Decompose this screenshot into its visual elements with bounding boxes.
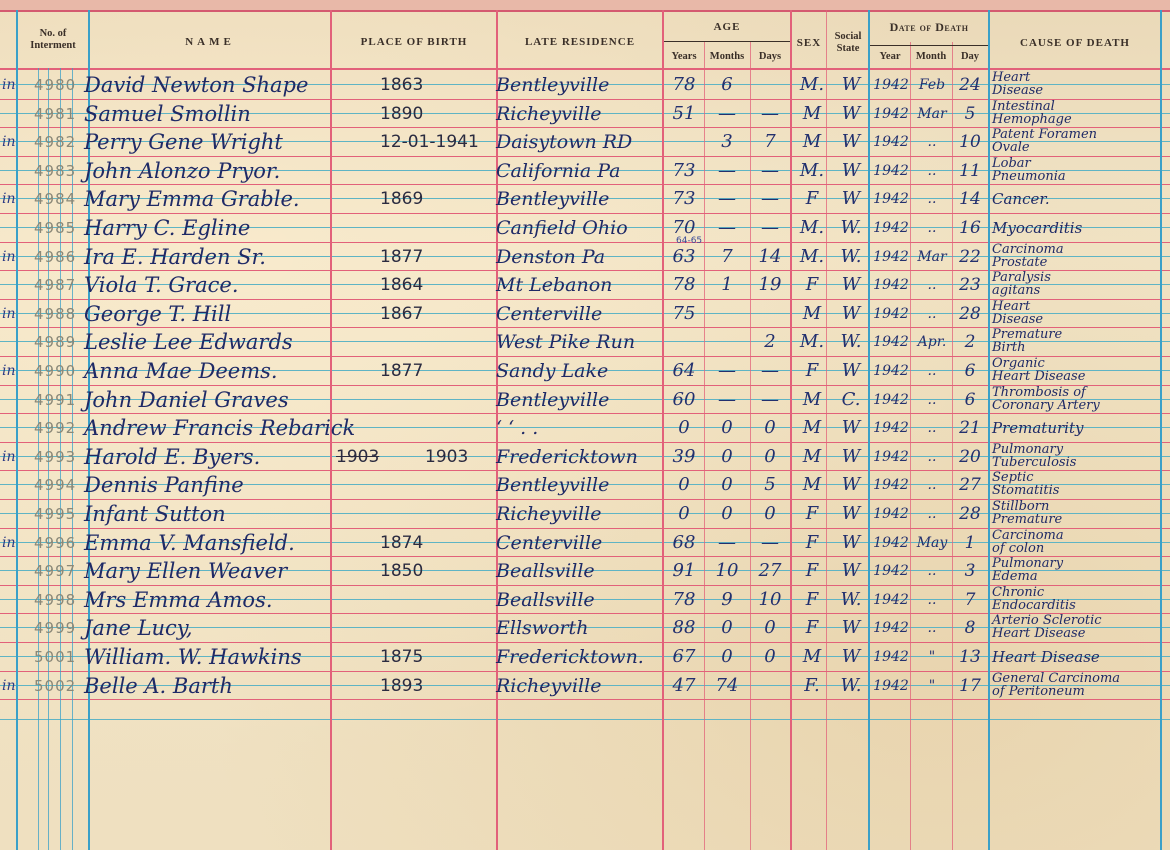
death-month: .. (912, 213, 952, 242)
age-months: 9 (704, 585, 750, 614)
age-annotation: 64-65 (676, 236, 702, 246)
death-month: .. (912, 270, 952, 299)
late-residence: Richeyville (496, 499, 664, 528)
interment-mark: in (2, 127, 32, 156)
row-guide-rule (0, 719, 1170, 720)
age-years: 78 (664, 585, 704, 614)
death-divider (870, 45, 988, 46)
place-of-birth (380, 499, 490, 528)
place-of-birth: 1890 (380, 99, 490, 128)
interment-mark (2, 156, 32, 185)
cause-of-death: Prematurity (992, 414, 1168, 442)
social-state: W. (832, 242, 870, 271)
social-state: C. (832, 385, 870, 414)
age-months (704, 299, 750, 328)
interment-mark (2, 213, 32, 242)
death-day: 10 (952, 127, 988, 156)
deceased-name: Emma V. Mansfield. (84, 528, 384, 557)
deceased-name: Leslie Lee Edwards (84, 327, 384, 356)
cause-of-death: Myocarditis (992, 214, 1168, 242)
cause-of-death: PulmonaryTuberculosis (992, 443, 1168, 471)
death-month: .. (912, 556, 952, 585)
death-year: 1942 (870, 385, 912, 414)
death-month: .. (912, 442, 952, 471)
ledger-row: 4987Viola T. Grace.1864Mt Lebanon78119FW… (0, 270, 1170, 299)
age-years: 67 (664, 642, 704, 671)
age-months: — (704, 213, 750, 242)
death-year: 1942 (870, 70, 912, 99)
age-months: — (704, 528, 750, 557)
death-year: 1942 (870, 556, 912, 585)
page-top-edge (0, 0, 1170, 10)
ledger-row: 4995Infant SuttonRicheyville000FW1942..2… (0, 499, 1170, 528)
death-year: 1942 (870, 470, 912, 499)
death-day: 22 (952, 242, 988, 271)
death-day: 13 (952, 642, 988, 671)
death-month: .. (912, 413, 952, 442)
sex: F (792, 270, 832, 299)
cause-line: Intestinal (992, 100, 1168, 113)
cause-of-death: IntestinalHemophage (992, 100, 1168, 128)
header-place-of-birth: PLACE OF BIRTH (332, 36, 496, 48)
age-months: — (704, 385, 750, 414)
header-cause-of-death: CAUSE OF DEATH (990, 37, 1160, 49)
age-years: 51 (664, 99, 704, 128)
social-state: W (832, 613, 870, 642)
age-months: 0 (704, 642, 750, 671)
cause-line: Disease (992, 84, 1168, 97)
age-days: — (750, 356, 790, 385)
cause-of-death: PrematureBirth (992, 328, 1168, 356)
age-days (750, 70, 790, 99)
death-month: .. (912, 385, 952, 414)
header-age-years: Years (664, 51, 704, 63)
age-months: 74 (704, 671, 750, 700)
interment-mark (2, 385, 32, 414)
interment-number: 4983 (34, 156, 82, 185)
cause-line: Chronic (992, 586, 1168, 599)
interment-mark (2, 270, 32, 299)
cause-line: of colon (992, 542, 1168, 555)
age-months: — (704, 356, 750, 385)
death-year: 1942 (870, 413, 912, 442)
interment-mark (2, 99, 32, 128)
header-death-day: Day (952, 51, 988, 63)
death-day: 16 (952, 213, 988, 242)
sex: M. (792, 242, 832, 271)
cause-line: Endocarditis (992, 599, 1168, 612)
place-of-birth (380, 585, 490, 614)
ledger-row: in4980David Newton Shape1863Bentleyville… (0, 70, 1170, 99)
interment-number: 4988 (34, 299, 82, 328)
sex: M. (792, 156, 832, 185)
death-month: " (912, 671, 952, 700)
late-residence: Canfield Ohio (496, 213, 664, 242)
interment-number: 4984 (34, 184, 82, 213)
late-residence: ‘ ‘ . . (496, 413, 664, 442)
late-residence: Bentleyville (496, 385, 664, 414)
sex: M (792, 470, 832, 499)
interment-mark (2, 327, 32, 356)
sex: F (792, 585, 832, 614)
death-day: 23 (952, 270, 988, 299)
cause-line: Ovale (992, 141, 1168, 154)
age-days: — (750, 385, 790, 414)
place-of-birth: 1874 (380, 528, 490, 557)
place-of-birth: 1893 (380, 671, 490, 700)
cause-line: Tuberculosis (992, 456, 1168, 469)
death-day: 20 (952, 442, 988, 471)
late-residence: Richeyville (496, 671, 664, 700)
place-of-birth (380, 327, 490, 356)
place-of-birth: 1867 (380, 299, 490, 328)
age-years: 0 (664, 499, 704, 528)
cause-line: of Peritoneum (992, 685, 1168, 698)
deceased-name: Samuel Smollin (84, 99, 384, 128)
deceased-name: Viola T. Grace. (84, 270, 384, 299)
cause-of-death: OrganicHeart Disease (992, 357, 1168, 385)
cause-of-death: PulmonaryEdema (992, 557, 1168, 585)
late-residence: Ellsworth (496, 613, 664, 642)
header-top-rule (0, 10, 1170, 12)
interment-number: 4991 (34, 385, 82, 414)
interment-mark (2, 556, 32, 585)
death-month: .. (912, 613, 952, 642)
deceased-name: Anna Mae Deems. (84, 356, 384, 385)
interment-number: 4993 (34, 442, 82, 471)
interment-number: 4994 (34, 470, 82, 499)
age-months: — (704, 184, 750, 213)
header-late-residence: LATE RESIDENCE (498, 36, 662, 48)
death-day: 8 (952, 613, 988, 642)
deceased-name: John Daniel Graves (84, 385, 384, 414)
cause-line: Heart (992, 300, 1168, 313)
place-of-birth: 1850 (380, 556, 490, 585)
death-year: 1942 (870, 528, 912, 557)
header-death-year: Year (870, 51, 910, 63)
late-residence: Bentleyville (496, 470, 664, 499)
death-day: 27 (952, 470, 988, 499)
social-state: W (832, 356, 870, 385)
interment-number: 4989 (34, 327, 82, 356)
age-months: 6 (704, 70, 750, 99)
age-days: — (750, 213, 790, 242)
death-year: 1942 (870, 613, 912, 642)
cause-line: Prostate (992, 256, 1168, 269)
death-day: 7 (952, 585, 988, 614)
late-residence: Centerville (496, 528, 664, 557)
interment-mark (2, 499, 32, 528)
cause-of-death: ChronicEndocarditis (992, 586, 1168, 614)
social-state: W (832, 270, 870, 299)
interment-number: 4985 (34, 213, 82, 242)
age-years: 75 (664, 299, 704, 328)
death-year: 1942 (870, 270, 912, 299)
death-month: .. (912, 585, 952, 614)
interment-number: 4987 (34, 270, 82, 299)
place-of-birth (380, 385, 490, 414)
late-residence: Centerville (496, 299, 664, 328)
deceased-name: Mary Ellen Weaver (84, 556, 384, 585)
age-days (750, 671, 790, 700)
deceased-name: Andrew Francis Rebarick (84, 413, 384, 442)
sex: F (792, 499, 832, 528)
interment-mark (2, 642, 32, 671)
death-day: 21 (952, 413, 988, 442)
interment-number: 4997 (34, 556, 82, 585)
social-state: W. (832, 585, 870, 614)
death-month: .. (912, 299, 952, 328)
age-years: 73 (664, 184, 704, 213)
age-days: — (750, 528, 790, 557)
interment-mark (2, 585, 32, 614)
social-state: W (832, 556, 870, 585)
interment-number: 5001 (34, 642, 82, 671)
late-residence: Fredericktown. (496, 642, 664, 671)
age-months: 0 (704, 613, 750, 642)
death-year: 1942 (870, 99, 912, 128)
age-years: 47 (664, 671, 704, 700)
place-of-birth: 12-01-1941 (380, 127, 490, 156)
cause-line: Premature (992, 513, 1168, 526)
sex: M (792, 413, 832, 442)
death-day: 6 (952, 356, 988, 385)
cause-line: Thrombosis of (992, 386, 1168, 399)
age-days: 7 (750, 127, 790, 156)
social-state: W (832, 442, 870, 471)
place-of-birth: 1877 (380, 242, 490, 271)
cause-line: Disease (992, 313, 1168, 326)
age-years: 68 (664, 528, 704, 557)
age-years: 64 (664, 356, 704, 385)
cause-line: Pneumonia (992, 170, 1168, 183)
age-months: — (704, 99, 750, 128)
age-months: 0 (704, 499, 750, 528)
age-months: 10 (704, 556, 750, 585)
ledger-row: in4990Anna Mae Deems.1877Sandy Lake64——F… (0, 356, 1170, 385)
cause-line: Hemophage (992, 113, 1168, 126)
cause-line: Prematurity (992, 414, 1168, 442)
late-residence: Richeyville (496, 99, 664, 128)
sex: F (792, 528, 832, 557)
ledger-row: in4988George T. Hill1867Centerville75MW1… (0, 299, 1170, 328)
interment-mark (2, 470, 32, 499)
death-year: 1942 (870, 213, 912, 242)
death-year: 1942 (870, 642, 912, 671)
sex: M (792, 127, 832, 156)
age-days (750, 299, 790, 328)
age-years (664, 327, 704, 356)
interment-mark: in (2, 70, 32, 99)
late-residence: West Pike Run (496, 327, 664, 356)
place-of-birth: 1877 (380, 356, 490, 385)
late-residence: Beallsville (496, 585, 664, 614)
interment-number: 4998 (34, 585, 82, 614)
age-years: 0 (664, 413, 704, 442)
social-state: W (832, 299, 870, 328)
death-day: 24 (952, 70, 988, 99)
death-month: .. (912, 184, 952, 213)
cause-of-death: HeartDisease (992, 300, 1168, 328)
deceased-name: George T. Hill (84, 299, 384, 328)
social-state: W. (832, 671, 870, 700)
death-day: 28 (952, 499, 988, 528)
interment-mark: in (2, 671, 32, 700)
interment-mark: in (2, 299, 32, 328)
cause-line: Coronary Artery (992, 399, 1168, 412)
cause-of-death: Paralysisagitans (992, 271, 1168, 299)
cause-of-death: Cancer. (992, 185, 1168, 213)
sex: M. (792, 327, 832, 356)
cause-of-death: General Carcinomaof Peritoneum (992, 672, 1168, 700)
interment-number: 5002 (34, 671, 82, 700)
age-years: 78 (664, 70, 704, 99)
age-days: 27 (750, 556, 790, 585)
social-state: W (832, 470, 870, 499)
deceased-name: David Newton Shape (84, 70, 384, 99)
social-state: W. (832, 327, 870, 356)
social-state: W. (832, 213, 870, 242)
cause-of-death: Carcinomaof colon (992, 529, 1168, 557)
header-death-month: Month (910, 51, 952, 63)
age-years: 91 (664, 556, 704, 585)
death-day: 5 (952, 99, 988, 128)
interment-number: 4995 (34, 499, 82, 528)
cause-line: Heart Disease (992, 370, 1168, 383)
sex: M (792, 642, 832, 671)
death-day: 3 (952, 556, 988, 585)
sex: M. (792, 213, 832, 242)
death-month: .. (912, 356, 952, 385)
ledger-row: 5001William. W. Hawkins1875Fredericktown… (0, 642, 1170, 671)
age-months: 1 (704, 270, 750, 299)
ledger-row: 4992Andrew Francis Rebarick‘ ‘ . .000MW1… (0, 413, 1170, 442)
sex: F (792, 184, 832, 213)
age-years: 39 (664, 442, 704, 471)
cause-line: Cancer. (992, 185, 1168, 213)
death-month: .. (912, 470, 952, 499)
sex: F (792, 556, 832, 585)
place-of-birth (380, 470, 490, 499)
cause-line: Stomatitis (992, 484, 1168, 497)
cause-of-death: SepticStomatitis (992, 471, 1168, 499)
header-date-of-death: Date of Death (870, 21, 988, 33)
cause-of-death: StillbornPremature (992, 500, 1168, 528)
cause-of-death: Arterio ScleroticHeart Disease (992, 614, 1168, 642)
death-year: 1942 (870, 356, 912, 385)
ledger-row: 4998Mrs Emma Amos.Beallsville78910FW.194… (0, 585, 1170, 614)
ledger-row: in4984Mary Emma Grable.1869Bentleyville7… (0, 184, 1170, 213)
cause-line: agitans (992, 284, 1168, 297)
ledger-row: in4993Harold E. Byers.1903Fredericktown3… (0, 442, 1170, 471)
ledger-row: 4985Harry C. EglineCanfield Ohio70——M.W.… (0, 213, 1170, 242)
age-days: — (750, 99, 790, 128)
late-residence: Bentleyville (496, 184, 664, 213)
header-social-state: Social State (828, 31, 868, 55)
ledger-row: in4982Perry Gene Wright12-01-1941Daisyto… (0, 127, 1170, 156)
age-days: — (750, 184, 790, 213)
header-age-days: Days (750, 51, 790, 63)
age-days: 19 (750, 270, 790, 299)
age-months: 3 (704, 127, 750, 156)
death-year: 1942 (870, 156, 912, 185)
death-year: 1942 (870, 499, 912, 528)
age-years: 88 (664, 613, 704, 642)
social-state: W (832, 156, 870, 185)
social-state: W (832, 99, 870, 128)
deceased-name: John Alonzo Pryor. (84, 156, 384, 185)
interment-number: 4980 (34, 70, 82, 99)
age-months: 0 (704, 413, 750, 442)
interment-mark: in (2, 528, 32, 557)
late-residence: Beallsville (496, 556, 664, 585)
deceased-name: William. W. Hawkins (84, 642, 384, 671)
late-residence: Denston Pa (496, 242, 664, 271)
age-days: 0 (750, 499, 790, 528)
social-state: W (832, 184, 870, 213)
sex: F (792, 613, 832, 642)
interment-number: 4986 (34, 242, 82, 271)
age-days: 14 (750, 242, 790, 271)
sex: M (792, 99, 832, 128)
age-months: 7 (704, 242, 750, 271)
death-day: 17 (952, 671, 988, 700)
place-of-birth: 1863 (380, 70, 490, 99)
sex: M (792, 299, 832, 328)
age-years: 78 (664, 270, 704, 299)
death-year: 1942 (870, 671, 912, 700)
interment-mark (2, 413, 32, 442)
ledger-row: in4996Emma V. Mansfield.1874Centerville6… (0, 528, 1170, 557)
late-residence: Fredericktown (496, 442, 664, 471)
deceased-name: Ira E. Harden Sr. (84, 242, 384, 271)
deceased-name: Perry Gene Wright (84, 127, 384, 156)
ledger-row: 4994Dennis PanfineBentleyville005MW1942.… (0, 470, 1170, 499)
death-month: .. (912, 127, 952, 156)
age-months: — (704, 156, 750, 185)
age-days: 0 (750, 613, 790, 642)
age-divider (664, 41, 790, 42)
struck-birth-year: 1903 (336, 442, 446, 471)
death-year: 1942 (870, 327, 912, 356)
place-of-birth (380, 613, 490, 642)
age-days: 0 (750, 642, 790, 671)
header-sex: SEX (792, 37, 826, 49)
late-residence: Mt Lebanon (496, 270, 664, 299)
cause-line: General Carcinoma (992, 672, 1168, 685)
header-age-months: Months (704, 51, 750, 63)
death-month: Mar (912, 99, 952, 128)
header-interment-no: No. of Interment (18, 28, 88, 52)
ledger-row: 4981Samuel Smollin1890Richeyville51——MW1… (0, 99, 1170, 128)
cause-of-death: Thrombosis ofCoronary Artery (992, 386, 1168, 414)
cause-line: Pulmonary (992, 443, 1168, 456)
cause-line: Lobar (992, 157, 1168, 170)
deceased-name: Jane Lucy, (84, 613, 384, 642)
interment-mark: in (2, 442, 32, 471)
ledger-row: 4999Jane Lucy,Ellsworth8800FW1942..8Arte… (0, 613, 1170, 642)
header-age: AGE (664, 21, 790, 33)
place-of-birth (380, 413, 490, 442)
sex: M. (792, 70, 832, 99)
deceased-name: Belle A. Barth (84, 671, 384, 700)
deceased-name: Harry C. Egline (84, 213, 384, 242)
interment-number: 4992 (34, 413, 82, 442)
late-residence: Daisytown RD (496, 127, 664, 156)
deceased-name: Dennis Panfine (84, 470, 384, 499)
sex: M (792, 442, 832, 471)
death-month: Apr. (912, 327, 952, 356)
